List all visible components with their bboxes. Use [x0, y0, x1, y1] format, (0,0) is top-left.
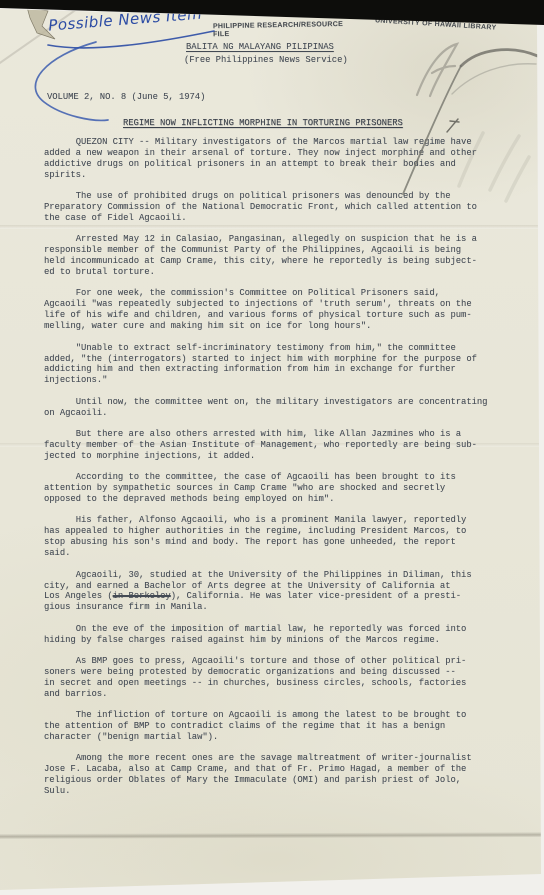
paragraph: But there are also others arrested with …: [44, 429, 514, 462]
paragraph-with-strikeout: Agcaoili, 30, studied at the University …: [44, 570, 514, 614]
paragraph: For one week, the commission's Committee…: [44, 288, 514, 332]
paragraph: On the eve of the imposition of martial …: [44, 624, 514, 646]
pencil-scribble: [417, 44, 457, 96]
paragraph: According to the committee, the case of …: [44, 472, 514, 505]
fold-crease-lower: [0, 832, 544, 839]
paper-sheet: PHILIPPINE RESEARCH/RESOURCE FILE ASIA C…: [0, 0, 544, 895]
masthead-subtitle: (Free Philippines News Service): [184, 55, 348, 65]
article-headline: REGIME NOW INFLICTING MORPHINE IN TORTUR…: [123, 118, 403, 128]
paragraph: Among the more recent ones are the savag…: [44, 753, 514, 797]
pencil-swoosh: [461, 50, 540, 66]
paragraph: QUEZON CITY -- Military investigators of…: [44, 137, 514, 181]
paragraph: The use of prohibited drugs on political…: [44, 191, 514, 224]
scanned-document: PHILIPPINE RESEARCH/RESOURCE FILE ASIA C…: [0, 0, 544, 895]
pencil-tick: [447, 119, 459, 132]
paragraph: His father, Alfonso Agcaoili, who is a p…: [44, 515, 514, 559]
article-body: QUEZON CITY -- Military investigators of…: [44, 137, 514, 808]
pencil-swoosh-faint: [452, 64, 536, 94]
struck-out-text: in Berkeley: [113, 591, 171, 601]
ink-paren-stroke: [35, 42, 108, 120]
issue-line: VOLUME 2, NO. 8 (June 5, 1974): [47, 92, 205, 102]
paragraph: As BMP goes to press, Agcaoili's torture…: [44, 656, 514, 700]
masthead-title: BALITA NG MALAYANG PILIPINAS: [186, 42, 334, 52]
paragraph: Arrested May 12 in Calasiao, Pangasinan,…: [44, 234, 514, 278]
stamp-research-resource-file: PHILIPPINE RESEARCH/RESOURCE FILE: [213, 21, 353, 39]
paragraph: Until now, the committee went on, the mi…: [44, 397, 514, 419]
paragraph: The infliction of torture on Agcaoili is…: [44, 710, 514, 743]
paragraph: "Unable to extract self-incriminatory te…: [44, 343, 514, 387]
